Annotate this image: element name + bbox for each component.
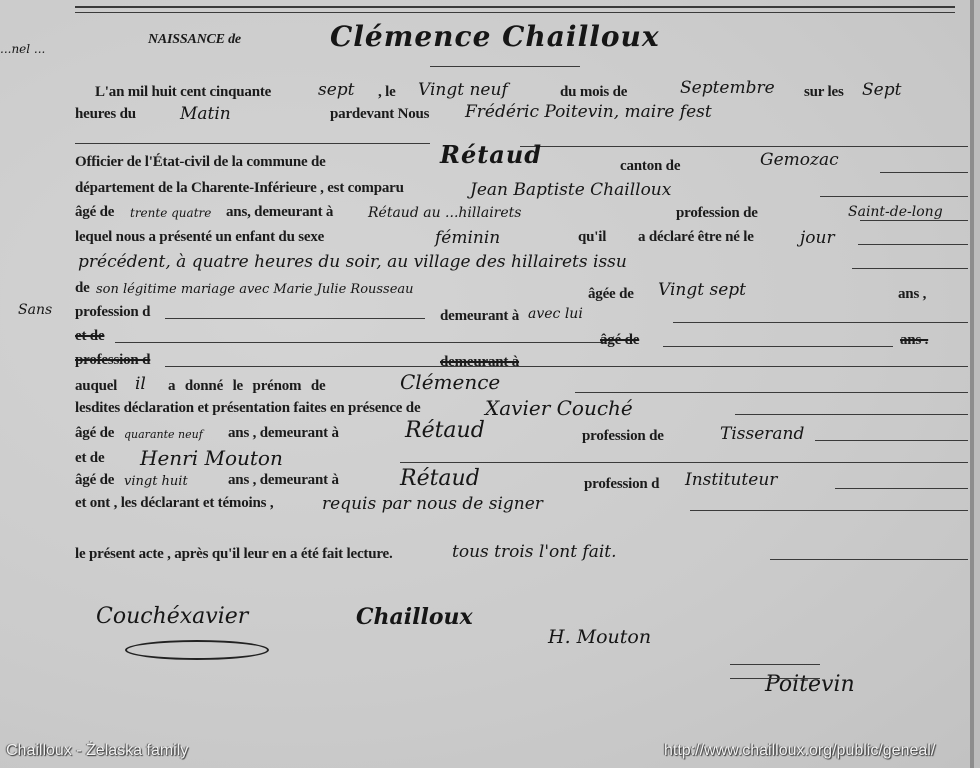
line3-text-a: Officier de l'État-civil de la commune d… (75, 154, 326, 171)
line3-commune: Rétaud (440, 140, 542, 169)
line6-text-b: qu'il (578, 229, 606, 246)
watermark-url: http://www.chailloux.org/public/geneal/ (664, 742, 935, 760)
signature-chailloux: Chailloux (356, 604, 473, 630)
line11-struck-a: profession d (75, 352, 150, 369)
signature-mouton: H. Mouton (548, 626, 651, 648)
rule-line7 (852, 268, 968, 269)
line14-w1-residence: Rétaud (405, 418, 485, 443)
line17-handwritten: requis par nous de signer (322, 494, 543, 514)
adjacent-page-strip (974, 0, 980, 768)
line8-text-c: ans , (898, 286, 926, 303)
margin-note-top: ...nel ... (0, 42, 45, 56)
line5-age: trente quatre (130, 206, 211, 220)
rule-line17 (690, 510, 968, 511)
top-rule (75, 6, 955, 8)
line1-day: Vingt neuf (418, 80, 508, 100)
rule-line16 (835, 488, 968, 489)
rule-line10a (115, 342, 605, 343)
line14-w1-age: quarante neuf (124, 428, 203, 441)
rule-line5 (860, 220, 968, 221)
rule-line18 (770, 559, 968, 560)
line10-struck-c: ans . (900, 332, 928, 349)
line6-sex: féminin (435, 228, 500, 248)
line2-text-b: pardevant Nous (330, 106, 429, 123)
scanned-document: ...nel ... Sans NAISSANCE de Clémence Ch… (0, 0, 980, 768)
rule-line4 (820, 196, 968, 197)
top-rule-2 (75, 12, 955, 13)
line13-text: lesdites déclaration et présentation fai… (75, 400, 420, 417)
line12-text-b: a donné le prénom de (168, 378, 326, 395)
line2-text-a: heures du (75, 106, 136, 123)
line10-struck-a: et de (75, 328, 104, 345)
line15-witness2: Henri Mouton (140, 446, 283, 470)
rule-line14 (815, 440, 968, 441)
line5-text-b: ans, demeurant à (226, 204, 333, 221)
line16-text-a: âgé de (75, 472, 114, 489)
signature-poitevin-line-2 (730, 678, 820, 679)
rule-line6 (858, 244, 968, 245)
line8-text-b: âgée de (588, 286, 634, 303)
rule-line11 (165, 366, 968, 367)
line16-text-c: profession d (584, 476, 659, 493)
line18-text: le présent acte , après qu'il leur en a … (75, 546, 393, 563)
line16-w2-residence: Rétaud (400, 466, 480, 491)
line15-text: et de (75, 450, 104, 467)
line14-text-a: âgé de (75, 425, 114, 442)
line5-profession: Saint-de-long (848, 204, 943, 220)
line2-officer: Frédéric Poitevin, maire fest (465, 102, 712, 122)
line12-pronoun: il (135, 374, 146, 394)
line16-w2-age: vingt huit (124, 474, 188, 489)
line6-date: jour (800, 228, 835, 248)
line14-text-b: ans , demeurant à (228, 425, 339, 442)
line9-mother-residence: avec lui (528, 306, 583, 322)
line5-text-a: âgé de (75, 204, 114, 221)
line1-text-a: L'an mil huit cent cinquante (95, 84, 271, 101)
title-underline (430, 66, 580, 67)
line17-text: et ont , les déclarant et témoins , (75, 495, 273, 512)
watermark-family: Chailloux - Żelaska family (6, 742, 188, 760)
title-label: NAISSANCE de (148, 32, 241, 48)
rule-after-line2 (75, 143, 430, 144)
signature-couche: Couchéxavier (96, 604, 248, 629)
line4-text: département de la Charente-Inférieure , … (75, 180, 404, 197)
line9-text-a: profession d (75, 304, 150, 321)
signature-poitevin: Poitevin (765, 672, 855, 697)
line3-text-b: canton de (620, 158, 680, 175)
line1-text-c: du mois de (560, 84, 627, 101)
line8-marriage: son légitime mariage avec Marie Julie Ro… (96, 282, 414, 297)
signature-flourish (125, 640, 269, 660)
rule-line3 (880, 172, 968, 173)
line14-w1-profession: Tisserand (720, 424, 804, 444)
line11-struck-b: demeurant à (440, 354, 519, 371)
line2-time: Matin (180, 104, 231, 124)
line12-text-a: auquel (75, 378, 117, 395)
rule-line15 (400, 462, 968, 463)
line9-text-b: demeurant à (440, 308, 519, 325)
margin-note-left: Sans (18, 302, 52, 318)
rule-line9a (165, 318, 425, 319)
line1-text-d: sur les (804, 84, 844, 101)
line10-struck-b: âgé de (600, 332, 639, 349)
line8-mother-age: Vingt sept (658, 280, 746, 300)
line4-declarant: Jean Baptiste Chailloux (470, 180, 671, 200)
line12-firstname: Clémence (400, 370, 500, 394)
rule-after-line2b (520, 146, 968, 147)
line13-witness1: Xavier Couché (485, 396, 633, 420)
rule-line9b (673, 322, 968, 323)
line3-canton: Gemozac (760, 150, 839, 170)
line18-handwritten: tous trois l'ont fait. (452, 542, 617, 562)
line1-text-b: , le (378, 84, 396, 101)
rule-line13 (735, 414, 968, 415)
line1-hour: Sept (862, 80, 901, 100)
line8-text-a: de (75, 280, 90, 297)
line6-text-a: lequel nous a présenté un enfant du sexe (75, 229, 324, 246)
signature-poitevin-line (730, 664, 820, 665)
line1-year: sept (318, 80, 355, 100)
line7-handwritten: précédent, à quatre heures du soir, au v… (78, 252, 627, 272)
rule-line12 (575, 392, 968, 393)
line16-text-b: ans , demeurant à (228, 472, 339, 489)
line14-text-c: profession de (582, 428, 664, 445)
line16-w2-profession: Instituteur (685, 470, 777, 490)
rule-line10b (663, 346, 893, 347)
line1-month: Septembre (680, 78, 775, 98)
line6-text-c: a déclaré être né le (638, 229, 754, 246)
line5-text-c: profession de (676, 205, 758, 222)
line5-residence: Rétaud au ...hillairets (368, 205, 521, 221)
child-name: Clémence Chailloux (330, 20, 660, 53)
